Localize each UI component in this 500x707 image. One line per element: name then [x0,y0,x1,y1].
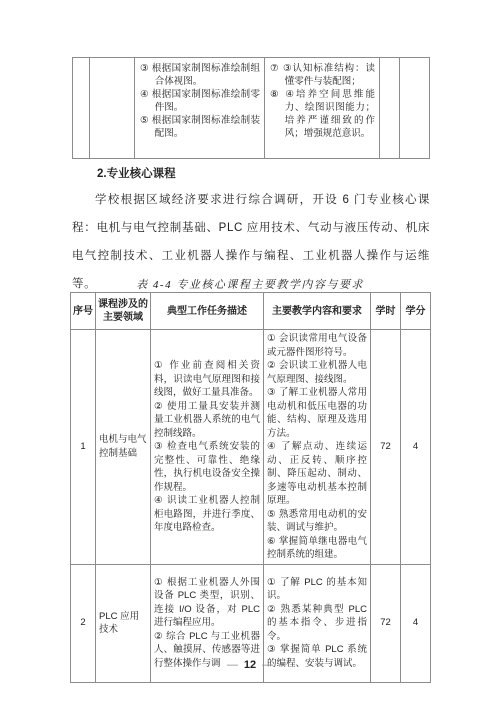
page-number: 12 [238,659,262,671]
credits-cell: 4 [401,330,431,565]
top-continuation-table: ③ 根据国家制图标准绘制组合体视图。 ④ 根据国家制图标准绘制零件图。 ⑤ 根据… [72,57,430,159]
list-item: ⑦ ③认知标准结构：读懂零件与装配图； [270,62,375,88]
empty-hours-cell [380,58,400,159]
empty-number-cell [73,58,90,159]
col-header-field: 课程涉及的主要领域 [96,293,151,330]
section-heading: 2.专业核心课程 [97,165,176,181]
col-header-content: 主要教学内容和要求 [264,293,371,330]
list-item: ③ 根据国家制图标准绘制组合体视图。 [140,62,260,88]
list-item: ② 会识读工业机器人电气原理图、接线图。 [267,359,367,386]
empty-credits-cell [400,58,430,159]
list-item: ④ 了解点动、连续运动、正反转、顺序控制、降压起动、制动、多速等电动机基本控制原… [267,440,367,508]
page-footer: —12— [0,659,500,671]
list-item: ⑧ ④培养空间思维能力、绘图识图能力；培养严谨细致的作风；增强规范意识。 [270,88,375,140]
col-header-number: 序号 [71,293,96,330]
document-page: ③ 根据国家制图标准绘制组合体视图。 ④ 根据国家制图标准绘制零件图。 ⑤ 根据… [0,0,500,707]
content-cell: ⑦ ③认知标准结构：读懂零件与装配图； ⑧ ④培养空间思维能力、绘图识图能力；培… [265,58,380,159]
footer-dash-right: — [262,659,273,671]
list-item: ④ 识读工业机器人控制柜电路图，并进行季度、年度电路检查。 [154,494,260,535]
core-courses-table: 序号 课程涉及的主要领域 典型工作任务描述 主要教学内容和要求 学时 学分 1 … [70,292,431,683]
list-item: ① 了解 PLC 的基本知识。 [267,576,367,603]
list-item: ⑥ 掌握简单继电器电气控制系统的组建。 [267,535,367,562]
list-item: ① 会识读常用电气设备或元器件图形符号。 [267,332,367,359]
list-item: ① 根据工业机器人外围设备 PLC 类型，识别、连接 I/O 设备，对 PLC … [154,576,260,630]
list-item: ④ 根据国家制图标准绘制零件图。 [140,88,260,114]
course-name-cell: 电机与电气控制基础 [96,330,151,565]
table-row: 1 电机与电气控制基础 ① 作业前查阅相关资料，识读电气原理图和接线图，做好工量… [71,330,431,565]
col-header-credits: 学分 [401,293,431,330]
col-header-tasks: 典型工作任务描述 [151,293,264,330]
list-item: ⑤ 根据国家制图标准绘制装配图。 [140,114,260,140]
hours-cell: 72 [371,330,401,565]
content-cell: ① 会识读常用电气设备或元器件图形符号。 ② 会识读工业机器人电气原理图、接线图… [264,330,371,565]
table-title: 表 4-4 专业核心课程主要教学内容与要求 [70,276,430,292]
tasks-cell: ① 作业前查阅相关资料，识读电气原理图和接线图，做好工量具准备。 ② 使用工量具… [151,330,264,565]
header-row: 序号 课程涉及的主要领域 典型工作任务描述 主要教学内容和要求 学时 学分 [71,293,431,330]
col-header-hours: 学时 [371,293,401,330]
list-item: ⑤ 熟悉常用电动机的安装、调试与维护。 [267,508,367,535]
list-item: ② 熟悉某种典型 PLC 的基本指令、步进指令。 [267,603,367,644]
list-item: ① 作业前查阅相关资料，识读电气原理图和接线图，做好工量具准备。 [154,359,260,400]
list-item: ③ 了解工业机器人常用电动机和低压电器的功能、结构、原理及选用方法。 [267,386,367,440]
list-item: ③ 检查电气系统安装的完整性、可靠性、绝缘性，执行机电设备安全操作规程。 [154,440,260,494]
tasks-cell: ③ 根据国家制图标准绘制组合体视图。 ④ 根据国家制图标准绘制零件图。 ⑤ 根据… [135,58,265,159]
list-item: ② 使用工量具安装并测量工业机器人系统的电气控制线路。 [154,400,260,441]
table-row: ③ 根据国家制图标准绘制组合体视图。 ④ 根据国家制图标准绘制零件图。 ⑤ 根据… [73,58,430,159]
footer-dash-left: — [227,659,238,671]
row-number-cell: 1 [71,330,96,565]
empty-course-cell [90,58,135,159]
